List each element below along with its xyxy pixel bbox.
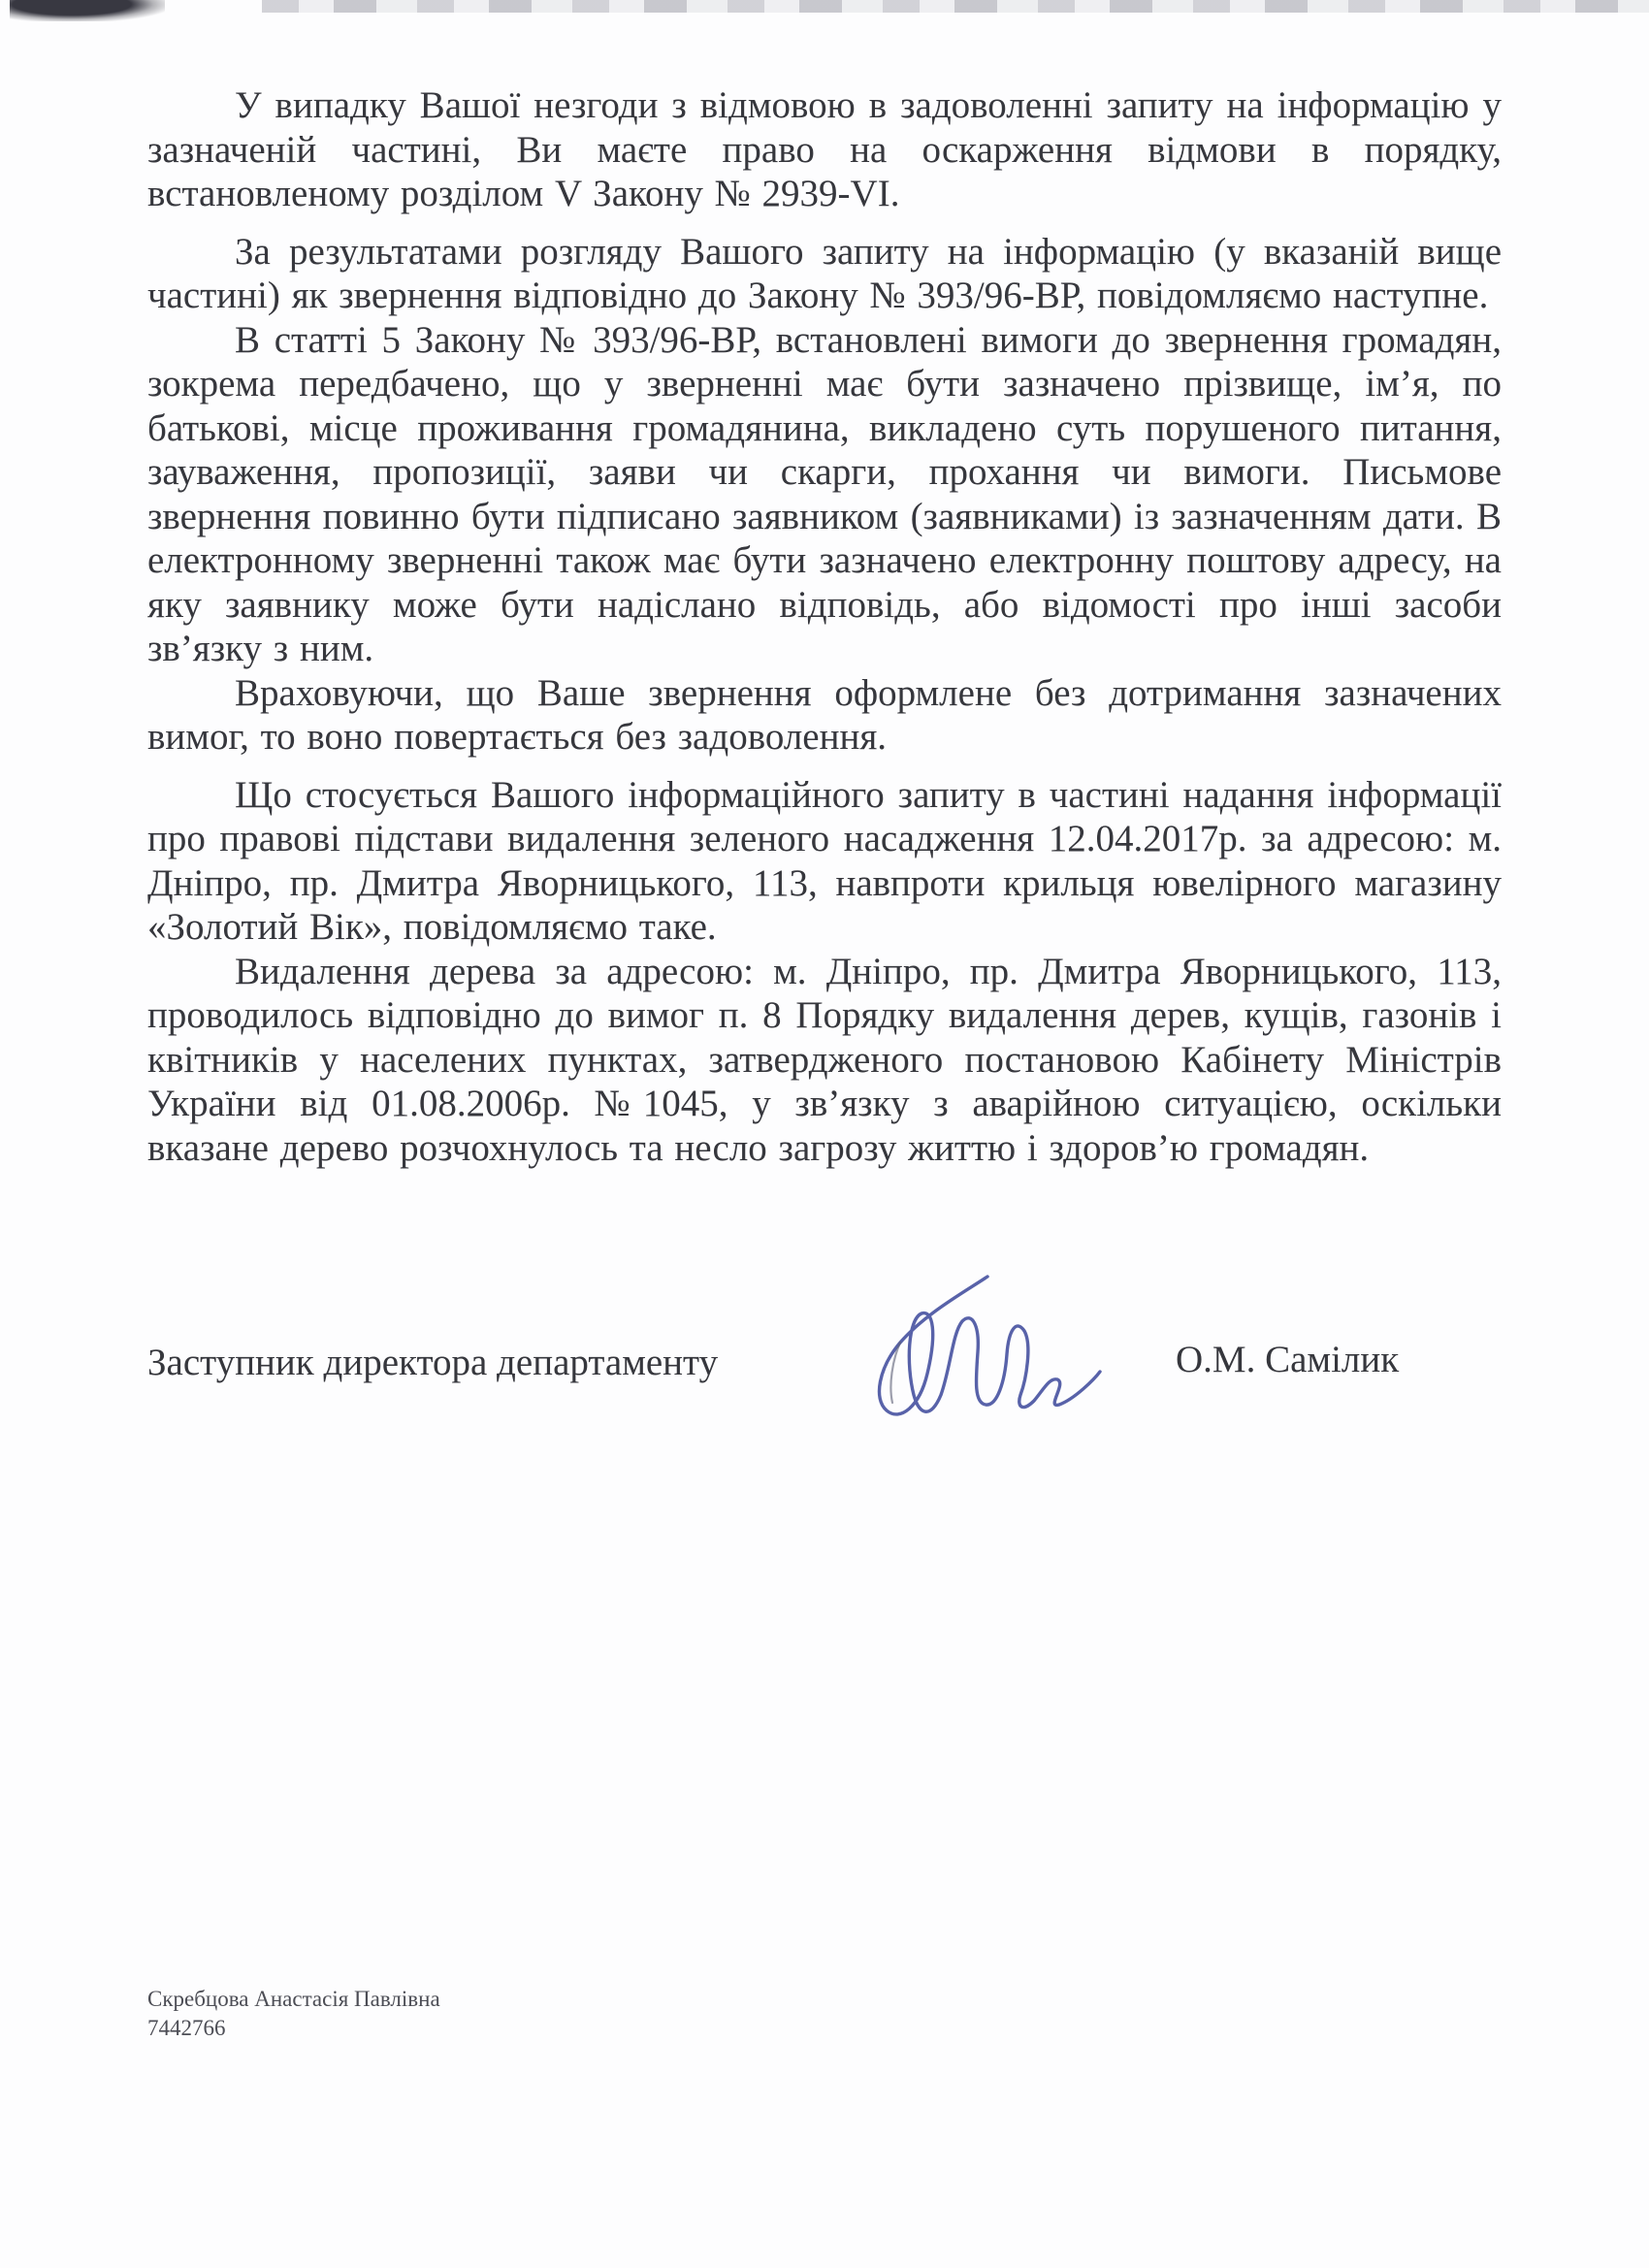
scanned-letter-page: У випадку Вашої незгоди з відмовою в зад… <box>0 0 1649 2268</box>
paragraph-info-request-tree: Що стосується Вашого інформаційного запи… <box>147 773 1502 950</box>
signer-name: О.М. Самілик <box>1176 1338 1399 1381</box>
paragraph-returned-without-satisfaction: Враховуючи, що Ваше звернення оформлене … <box>147 671 1502 760</box>
scan-artifact-blotch <box>10 0 165 21</box>
executor-name: Скребцова Анастасія Павлівна <box>147 1985 440 2014</box>
scan-artifact-band <box>0 0 1649 27</box>
letter-body: У випадку Вашої незгоди з відмовою в зад… <box>147 83 1502 1170</box>
paragraph-appeal-rights: У випадку Вашої незгоди з відмовою в зад… <box>147 83 1502 216</box>
signer-position-label: Заступник директора департаменту <box>147 1341 718 1384</box>
scan-artifact-streaks <box>262 0 1649 13</box>
executor-phone: 7442766 <box>147 2014 440 2043</box>
paragraph-review-result: За результатами розгляду Вашого запиту н… <box>147 230 1502 318</box>
paragraph-tree-removal-grounds: Видалення дерева за адресою: м. Дніпро, … <box>147 950 1502 1171</box>
paragraph-article5-requirements: В статті 5 Закону № 393/96-ВР, встановле… <box>147 318 1502 671</box>
executor-footer: Скребцова Анастасія Павлівна 7442766 <box>147 1985 440 2043</box>
handwritten-signature-icon <box>850 1271 1108 1428</box>
